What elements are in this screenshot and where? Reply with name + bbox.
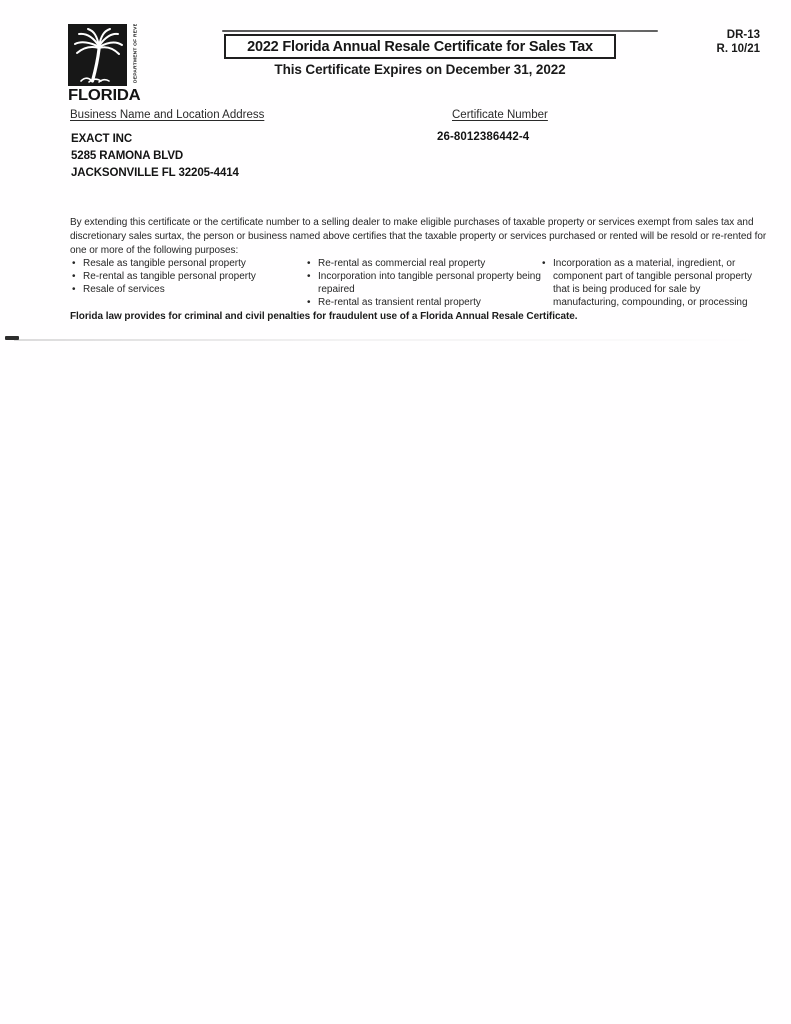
business-name: EXACT INC [71,131,239,148]
florida-dor-logo: DEPARTMENT OF REVENUE FLORIDA [68,24,148,105]
purposes-column-1: Resale as tangible personal propertyRe-r… [70,257,305,296]
purposes-column-3: Incorporation as a material, ingredient,… [540,257,762,309]
purpose-item: Incorporation as a material, ingredient,… [540,257,762,309]
certificate-number-value: 26-8012386442-4 [437,131,529,143]
scan-artifact-smudge [222,30,658,32]
certificate-number-label: Certificate Number [452,109,548,121]
purpose-list-3: Incorporation as a material, ingredient,… [540,257,762,309]
intro-paragraph: By extending this certificate or the cer… [70,216,782,259]
scanned-certificate-page: DEPARTMENT OF REVENUE FLORIDA 2022 Flori… [0,0,791,1024]
certificate-title-box: 2022 Florida Annual Resale Certificate f… [224,34,616,59]
purpose-item: Incorporation into tangible personal pro… [305,270,543,296]
purpose-item: Re-rental as commercial real property [305,257,543,270]
business-address-line2: JACKSONVILLE FL 32205-4414 [71,165,239,182]
form-revision: R. 10/21 [717,42,760,56]
logo-wordmark: FLORIDA [68,87,151,105]
business-address-line1: 5285 RAMONA BLVD [71,148,239,165]
purposes-column-2: Re-rental as commercial real propertyInc… [305,257,543,309]
business-address-block: EXACT INC 5285 RAMONA BLVD JACKSONVILLE … [71,131,239,182]
purpose-item: Re-rental as tangible personal property [70,270,305,283]
business-name-label: Business Name and Location Address [70,109,264,121]
scan-artifact-line [14,339,764,341]
fraud-warning: Florida law provides for criminal and ci… [70,311,770,322]
purpose-item: Resale of services [70,283,305,296]
purpose-item: Re-rental as transient rental property [305,296,543,309]
expiration-line: This Certificate Expires on December 31,… [224,62,616,77]
certificate-title: 2022 Florida Annual Resale Certificate f… [247,39,593,55]
palm-tree-icon: DEPARTMENT OF REVENUE [68,24,140,86]
purpose-item: Resale as tangible personal property [70,257,305,270]
logo-department-text: DEPARTMENT OF REVENUE [133,24,139,83]
purpose-list-2: Re-rental as commercial real propertyInc… [305,257,543,309]
purpose-list-1: Resale as tangible personal propertyRe-r… [70,257,305,296]
form-code-number: DR-13 [717,28,760,42]
form-code: DR-13 R. 10/21 [717,28,760,56]
